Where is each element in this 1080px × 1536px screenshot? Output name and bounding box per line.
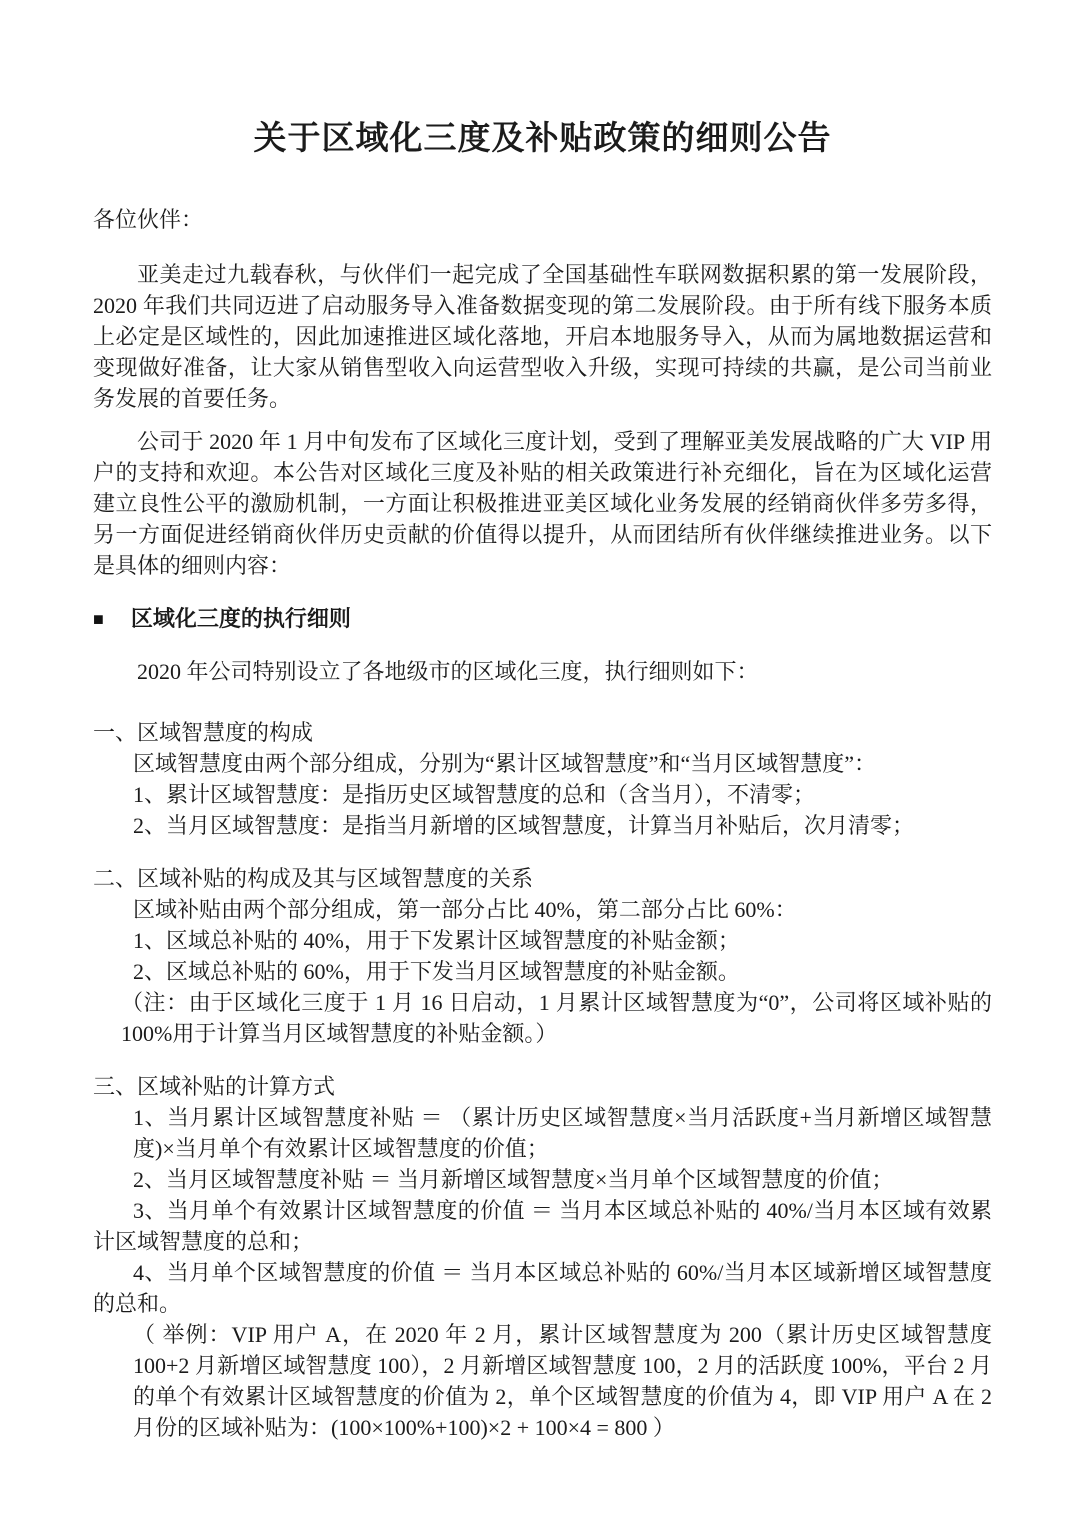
- intro-paragraph-2: 公司于 2020 年 1 月中旬发布了区域化三度计划，受到了理解亚美发展战略的广…: [93, 426, 992, 581]
- page-title: 关于区域化三度及补贴政策的细则公告: [93, 116, 992, 162]
- document-page: 关于区域化三度及补贴政策的细则公告 各位伙伴： 亚美走过九载春秋，与伙伴们一起完…: [0, 0, 1080, 1536]
- subsection-2: 二、区域补贴的构成及其与区域智慧度的关系 区域补贴由两个部分组成，第一部分占比 …: [93, 863, 992, 1049]
- salutation: 各位伙伴：: [93, 204, 992, 235]
- subsection-3-heading: 三、区域补贴的计算方式: [93, 1071, 992, 1102]
- subsection-1-lead: 区域智慧度由两个部分组成，分别为“累计区域智慧度”和“当月区域智慧度”：: [133, 748, 992, 779]
- main-section-intro: 2020 年公司特别设立了各地级市的区域化三度，执行细则如下：: [93, 656, 992, 687]
- main-section-heading-row: ■ 区域化三度的执行细则: [93, 603, 992, 634]
- subsection-1-body: 区域智慧度由两个部分组成，分别为“累计区域智慧度”和“当月区域智慧度”： 1、累…: [93, 748, 992, 841]
- subsection-1-heading: 一、区域智慧度的构成: [93, 717, 992, 748]
- main-section-heading: 区域化三度的执行细则: [131, 603, 351, 634]
- subsection-3-example: （ 举例：VIP 用户 A，在 2020 年 2 月，累计区域智慧度为 200（…: [93, 1319, 992, 1443]
- list-item: 2、当月区域智慧度：是指当月新增的区域智慧度，计算当月补贴后，次月清零；: [133, 810, 992, 841]
- list-item: 1、累计区域智慧度：是指历史区域智慧度的总和（含当月），不清零；: [133, 779, 992, 810]
- list-item: 1、区域总补贴的 40%，用于下发累计区域智慧度的补贴金额；: [133, 925, 992, 956]
- list-item: 4、当月单个区域智慧度的价值 ＝ 当月本区域总补贴的 60%/当月本区域新增区域…: [93, 1257, 992, 1319]
- subsection-2-note: （注：由于区域化三度于 1 月 16 日启动，1 月累计区域智慧度为“0”，公司…: [93, 987, 992, 1049]
- intro-paragraph-1: 亚美走过九载春秋，与伙伴们一起完成了全国基础性车联网数据积累的第一发展阶段，20…: [93, 259, 992, 414]
- square-bullet-icon: ■: [93, 610, 104, 628]
- subsection-3: 三、区域补贴的计算方式 1、当月累计区域智慧度补贴 ＝ （累计历史区域智慧度×当…: [93, 1071, 992, 1443]
- list-item: 3、当月单个有效累计区域智慧度的价值 ＝ 当月本区域总补贴的 40%/当月本区域…: [93, 1195, 992, 1257]
- list-item: 2、当月区域智慧度补贴 ＝ 当月新增区域智慧度×当月单个区域智慧度的价值；: [93, 1164, 992, 1195]
- subsection-2-body: 区域补贴由两个部分组成，第一部分占比 40%，第二部分占比 60%： 1、区域总…: [93, 894, 992, 987]
- subsection-1: 一、区域智慧度的构成 区域智慧度由两个部分组成，分别为“累计区域智慧度”和“当月…: [93, 717, 992, 841]
- list-item: 2、区域总补贴的 60%，用于下发当月区域智慧度的补贴金额。: [133, 956, 992, 987]
- subsection-2-lead: 区域补贴由两个部分组成，第一部分占比 40%，第二部分占比 60%：: [133, 894, 992, 925]
- list-item: 1、当月累计区域智慧度补贴 ＝ （累计历史区域智慧度×当月活跃度+当月新增区域智…: [93, 1102, 992, 1164]
- subsection-2-heading: 二、区域补贴的构成及其与区域智慧度的关系: [93, 863, 992, 894]
